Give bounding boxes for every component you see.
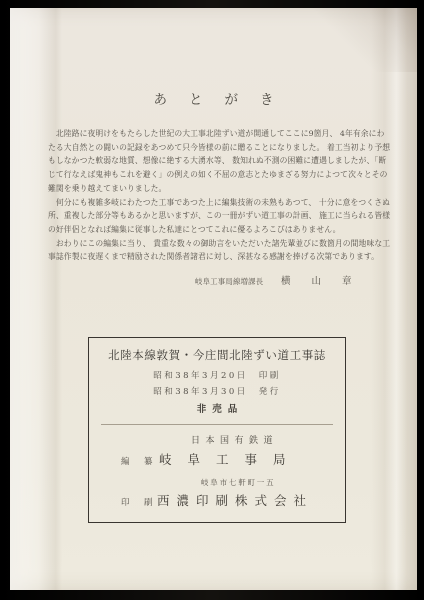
body-line: 北陸路に夜明けをもたらした世紀の大工事北陸ずい道が開通してここに9箇月、 4年有… bbox=[48, 127, 388, 141]
body-line: 事誌作製に夜遅くまで精励された関係者諸君に対し、深甚なる感謝を捧げる次第でありま… bbox=[48, 250, 388, 264]
publisher-organization: 日本国有鉄道 bbox=[191, 433, 278, 446]
editor-label: 編 纂 bbox=[121, 455, 156, 467]
editor-name: 岐阜工事局 bbox=[159, 450, 302, 468]
body-line: おわりにこの編集に当り、 貴重な数々の御助言をいただいた諸先輩並びに数箇月の間地… bbox=[48, 237, 388, 251]
body-line: 難関を乗り越えてまいりました。 bbox=[48, 182, 388, 196]
body-line: 何分にも複雑多岐にわたつた工事であつた上に編集技術の未熟もあつて、 十分に意をつ… bbox=[48, 196, 388, 210]
printer-name: 西濃印刷株式会社 bbox=[157, 491, 313, 509]
editor-address: 岐阜市七軒町一五 bbox=[201, 477, 275, 488]
afterword-body: 北陸路に夜明けをもたらした世紀の大工事北陸ずい道が開通してここに9箇月、 4年有… bbox=[48, 127, 388, 264]
book-page: あとがき 北陸路に夜明けをもたらした世紀の大工事北陸ずい道が開通してここに9箇月… bbox=[10, 8, 417, 590]
colophon-divider bbox=[101, 424, 333, 425]
colophon-book-title: 北陸本線敦賀・今庄間北陸ずい道工事誌 bbox=[89, 347, 345, 363]
colophon-box: 北陸本線敦賀・今庄間北陸ずい道工事誌 昭和38年3月20日 印刷 昭和38年3月… bbox=[88, 337, 346, 523]
signature-name: 横山章 bbox=[281, 273, 373, 287]
colophon-print-date: 昭和38年3月20日 印刷 bbox=[89, 369, 345, 381]
afterword-title: あとがき bbox=[10, 88, 417, 108]
signature-row: 岐阜工事局線増課長 横山章 bbox=[10, 273, 417, 287]
colophon-publish-date: 昭和38年3月30日 発行 bbox=[89, 385, 345, 397]
signature-role: 岐阜工事局線増課長 bbox=[195, 276, 263, 287]
body-line: もしなかつた軟弱な地質、想像に絶する大湧水等、 数知れぬ不測の困難に遭遇しました… bbox=[48, 154, 388, 168]
printer-label: 印 刷 bbox=[121, 496, 156, 508]
body-line: じて行なえば鬼神もこれを避く」の例えの如く不屈の意志とたゆまざる努力によつて次々… bbox=[48, 168, 388, 182]
body-line: 所、重複した部分等もあるかと思いますが、この一冊がずい道工事の計画、 施工に当ら… bbox=[48, 209, 388, 223]
page-corner-shadow bbox=[287, 8, 417, 72]
body-line: の好伴侶となれば編集に従事した私達にとつてこれに優るよろこびはありません。 bbox=[48, 223, 388, 237]
not-for-sale-label: 非売品 bbox=[89, 401, 345, 415]
body-line: たる大自然との闘いの記録をあつめて只今皆様の前に贈ることになりました。 着工当初… bbox=[48, 141, 388, 155]
scan-background: あとがき 北陸路に夜明けをもたらした世紀の大工事北陸ずい道が開通してここに9箇月… bbox=[0, 0, 424, 600]
